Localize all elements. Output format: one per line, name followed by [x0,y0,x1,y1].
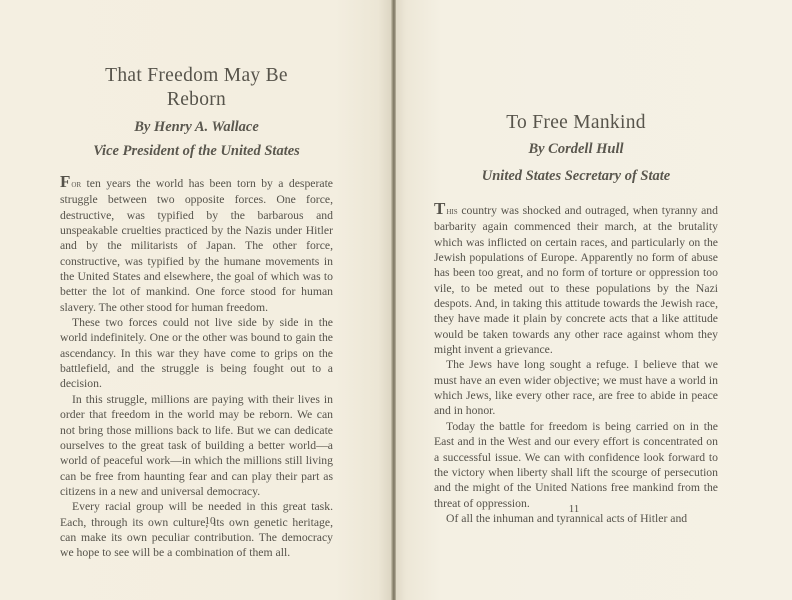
article-body: This country was shocked and outraged, w… [434,201,718,526]
book-gutter [391,0,396,600]
book-spread: That Freedom May Be Reborn By Henry A. W… [0,0,792,600]
small-caps-lead: or [71,179,81,190]
left-page-content: That Freedom May Be Reborn By Henry A. W… [80,64,313,561]
right-page-content: To Free Mankind By Cordell Hull United S… [434,111,718,526]
drop-cap: T [434,199,446,218]
right-page: To Free Mankind By Cordell Hull United S… [394,0,792,600]
paragraph: Today the battle for freedom is being ca… [434,419,718,511]
paragraph: This country was shocked and outraged, w… [434,201,718,357]
author-role: Vice President of the United States [80,141,313,162]
paragraph: In this struggle, millions are paying wi… [60,392,333,499]
author-byline: By Cordell Hull [434,139,718,160]
page-number: 10 [200,515,220,527]
paragraph: These two forces could not live side by … [60,315,333,392]
paragraph: Every racial group will be needed in thi… [60,499,333,560]
paragraph: For ten years the world has been torn by… [60,174,333,315]
article-body: For ten years the world has been torn by… [60,174,333,561]
article-title: To Free Mankind [434,111,718,135]
left-page: That Freedom May Be Reborn By Henry A. W… [0,0,394,600]
author-role: United States Secretary of State [434,166,718,187]
author-byline: By Henry A. Wallace [80,117,313,138]
page-number: 11 [564,503,584,515]
paragraph: The Jews have long sought a refuge. I be… [434,357,718,418]
drop-cap: F [60,172,71,191]
small-caps-lead: his [446,206,457,217]
article-title: That Freedom May Be Reborn [80,64,313,112]
